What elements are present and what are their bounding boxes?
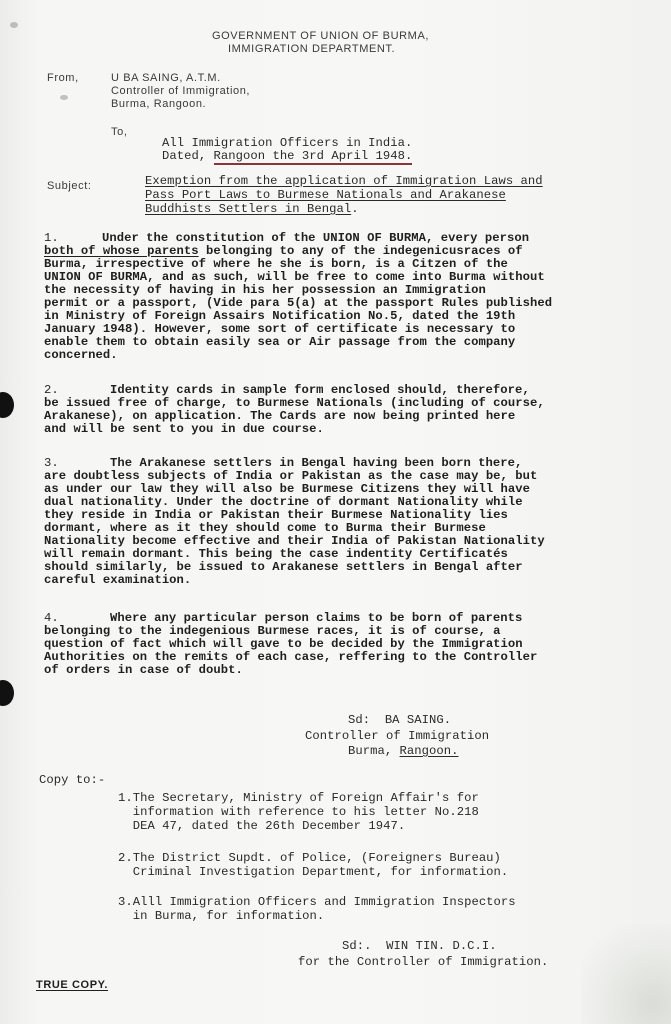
copy-to-label: Copy to:- <box>39 774 105 787</box>
copy-to-item-2-line: 2.The District Supdt. of Police, (Foreig… <box>118 852 501 865</box>
para-2-line: and will be sent to you in due course. <box>44 423 324 436</box>
dated-line: Dated, Rangoon the 3rd April 1948. <box>162 150 412 163</box>
paper-stain <box>581 924 671 1024</box>
para-4-line: of orders in case of doubt. <box>44 664 243 677</box>
true-copy-stamp: TRUE COPY. <box>36 979 108 992</box>
subject-line-2: Pass Port Laws to Burmese Nationals and … <box>145 189 506 202</box>
signature-1-place: Burma, Rangoon. <box>348 745 458 758</box>
subject-line-3: Buddhists Settlers in Bengal. <box>145 203 359 216</box>
subject-end: . <box>351 202 358 216</box>
copy-to-item-3-line: 3.Alll Immigration Officers and Immigrat… <box>118 896 516 909</box>
subject-line-3-text: Buddhists Settlers in Bengal <box>145 202 351 216</box>
letterhead-line-1: GOVERNMENT OF UNION OF BURMA, <box>212 30 429 43</box>
copy-to-item-1-line: information with reference to his letter… <box>118 806 479 819</box>
para-1-line: concerned. <box>44 349 118 362</box>
dated-prefix: Dated, <box>162 149 214 163</box>
signature-1-title: Controller of Immigration <box>305 730 489 743</box>
ink-smudge <box>10 22 18 28</box>
to-label: To, <box>111 126 127 139</box>
copy-to-item-1-line: 1.The Secretary, Ministry of Foreign Aff… <box>118 792 479 805</box>
para-3-line: careful examination. <box>44 574 191 587</box>
signature-1-sd: Sd: BA SAING. <box>348 714 451 727</box>
para-1-rest: belonging to any of the indegenicusraces… <box>199 244 523 258</box>
subject-label: Subject: <box>47 180 92 193</box>
copy-to-item-1-line: DEA 47, dated the 26th December 1947. <box>118 820 405 833</box>
signature-1-place-prefix: Burma, <box>348 744 400 758</box>
copy-to-item-2-line: Criminal Investigation Department, for i… <box>118 866 508 879</box>
para-1-underlined: both of whose parents <box>44 244 199 258</box>
subject-line-1: Exemption from the application of Immigr… <box>145 175 543 188</box>
from-label: From, <box>47 72 79 85</box>
signature-2-sd: Sd:. WIN TIN. D.C.I. <box>342 940 497 953</box>
from-name: U BA SAING, A.T.M. <box>111 72 221 85</box>
dated-value: Rangoon the 3rd April 1948. <box>214 149 413 165</box>
copy-to-item-3-line: in Burma, for information. <box>118 910 324 923</box>
signature-1-place-underlined: Rangoon. <box>400 744 459 758</box>
from-title: Controller of Immigration, <box>111 85 250 98</box>
ink-smudge <box>60 95 68 100</box>
signature-2-title: for the Controller of Immigration. <box>298 956 548 969</box>
letterhead-line-2: IMMIGRATION DEPARTMENT. <box>228 43 395 56</box>
from-place: Burma, Rangoon. <box>111 98 206 111</box>
